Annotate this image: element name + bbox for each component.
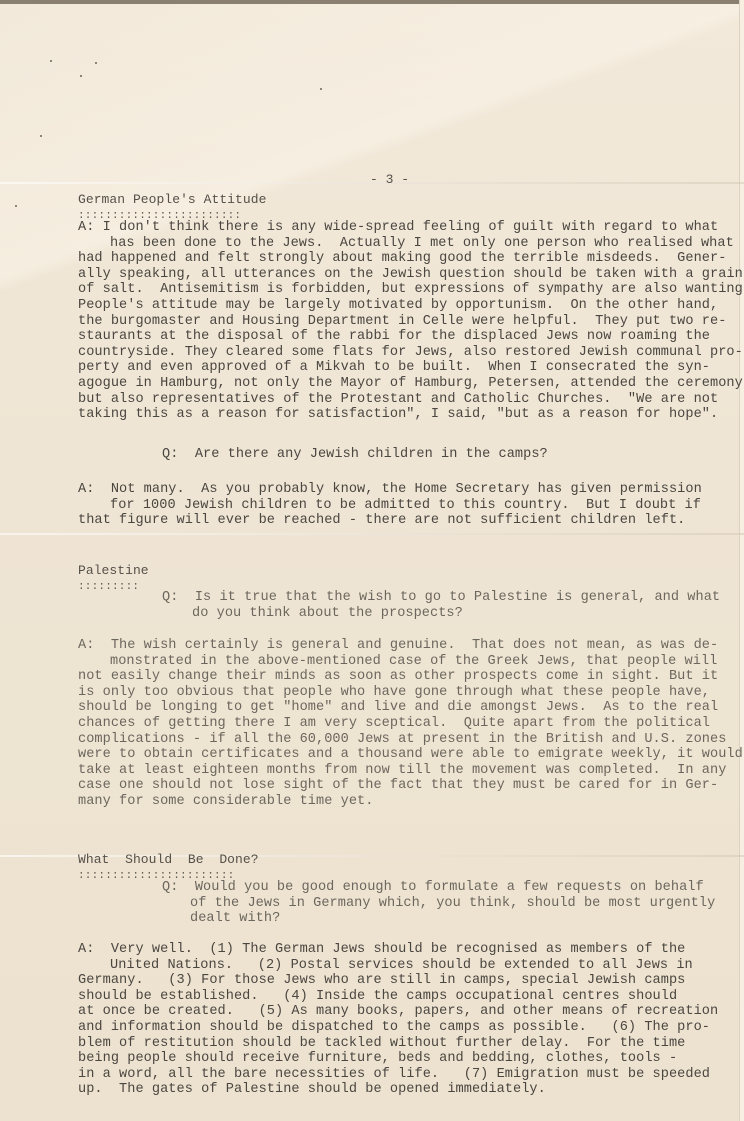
- text-line: A: I don't think there is any wide-sprea…: [78, 220, 718, 236]
- text-line: has been done to the Jews. Actually I me…: [110, 236, 734, 252]
- text-line: ally speaking, all utterances on the Jew…: [78, 267, 743, 283]
- text-line: up. The gates of Palestine should be ope…: [78, 1082, 546, 1098]
- text-line: that figure will ever be reached - there…: [78, 513, 685, 529]
- text-line: for 1000 Jewish children to be admitted …: [110, 498, 701, 514]
- text-line: do you think about the prospects?: [192, 606, 463, 622]
- text-line: Germany. (3) For those Jews who are stil…: [78, 973, 685, 989]
- document-page: - 3 - German People's Attitude :::::::::…: [0, 0, 744, 1121]
- section-heading-what-done: What Should Be Done?: [78, 852, 259, 868]
- page-number: - 3 -: [370, 172, 409, 187]
- heading-underline: :::::::::: [78, 580, 139, 596]
- text-line: chances of getting there I am very scept…: [78, 716, 710, 732]
- text-line: not easily change their minds as soon as…: [78, 669, 718, 685]
- text-line: were to obtain certificates and a thousa…: [78, 747, 743, 763]
- text-line: at once be created. (5) As many books, p…: [78, 1004, 718, 1020]
- text-line: is only too obvious that people who have…: [78, 685, 710, 701]
- text-line: should be longing to get "home" and live…: [78, 700, 718, 716]
- text-line: A: Very well. (1) The German Jews should…: [78, 942, 685, 958]
- text-line: of salt. Antisemitism is forbidden, but …: [78, 282, 744, 298]
- text-line: staurants at the disposal of the rabbi f…: [78, 329, 710, 345]
- text-line: perty and even approved of a Mikvah to b…: [78, 360, 710, 376]
- text-line: in a word, all the bare necessities of l…: [78, 1067, 710, 1083]
- text-line: taking this as a reason for satisfaction…: [78, 407, 718, 423]
- text-line: blem of restitution should be tackled wi…: [78, 1036, 685, 1052]
- page-right-edge: [739, 0, 744, 1121]
- paper-crease: [0, 533, 744, 535]
- text-line: Q: Would you be good enough to formulate…: [162, 880, 704, 896]
- text-line: A: The wish certainly is general and gen…: [78, 638, 718, 654]
- text-line: take at least eighteen months from now t…: [78, 763, 726, 779]
- text-line: People's attitude may be largely motivat…: [78, 298, 718, 314]
- text-line: being people should receive furniture, b…: [78, 1051, 677, 1067]
- text-line: complications - if all the 60,000 Jews a…: [78, 732, 726, 748]
- text-line: monstrated in the above-mentioned case o…: [110, 654, 717, 670]
- text-line: but also representatives of the Protesta…: [78, 392, 718, 408]
- question-children: Q: Are there any Jewish children in the …: [162, 447, 548, 463]
- text-line: of the Jews in Germany which, you think,…: [190, 896, 715, 912]
- text-line: case one should not lose sight of the fa…: [78, 778, 718, 794]
- text-line: agogue in Hamburg, not only the Mayor of…: [78, 376, 744, 392]
- section-heading-palestine: Palestine: [78, 563, 149, 579]
- text-line: dealt with?: [190, 911, 280, 927]
- text-line: had happened and felt strongly about mak…: [78, 251, 726, 267]
- text-line: countryside. They cleared some flats for…: [78, 345, 743, 361]
- text-line: many for some considerable time yet.: [78, 794, 373, 810]
- text-line: should be established. (4) Inside the ca…: [78, 989, 677, 1005]
- text-line: and information should be dispatched to …: [78, 1020, 710, 1036]
- text-line: Q: Is it true that the wish to go to Pal…: [162, 590, 720, 606]
- section-heading-attitude: German People's Attitude: [78, 192, 266, 208]
- text-line: United Nations. (2) Postal services shou…: [110, 958, 693, 974]
- page-top-edge: [0, 0, 744, 4]
- text-line: the burgomaster and Housing Department i…: [78, 314, 726, 330]
- text-line: A: Not many. As you probably know, the H…: [78, 482, 702, 498]
